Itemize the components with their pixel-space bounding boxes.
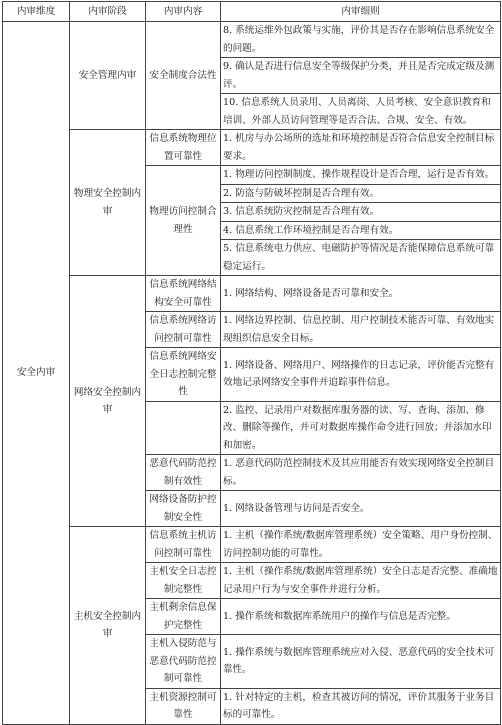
dimension-cell: 安全内审 xyxy=(3,22,70,666)
header-stage: 内审阶段 xyxy=(70,2,146,22)
rule-cell: 4. 信息系统工作环境控制是否合理有效。 xyxy=(221,221,501,240)
content-cell-empty xyxy=(146,401,221,455)
header-dimension: 内审维度 xyxy=(3,2,70,22)
rule-cell: 1. 操作系统与数据库管理系统应对入侵、恶意代码的安全技术可靠性。 xyxy=(221,635,501,666)
table-row: 物理安全控制内审 信息系统物理位置可靠性 1. 机房与办公场所的选址和环境控制是… xyxy=(3,130,501,166)
rule-cell: 1. 主机（操作系统/数据库管理系统）安全策略、用户身份控制、访问控制功能的可靠… xyxy=(221,527,501,563)
content-cell: 信息系统网络安全日志控制完整性 xyxy=(146,348,221,402)
stage-cell: 主机安全控制内审 xyxy=(70,527,146,666)
rule-cell: 1. 操作系统和数据库系统用户的操作与信息是否完整。 xyxy=(221,599,501,635)
audit-table: 内审维度 内审阶段 内审内容 内审细则 安全内审 安全管理内审 安全制度合法性 … xyxy=(2,1,501,665)
stage-cell: 物理安全控制内审 xyxy=(70,130,146,276)
rule-cell: 5. 信息系统电力供应、电磁防护等情况是否能保障信息系统可靠稳定运行。 xyxy=(221,240,501,276)
content-cell: 主机剩余信息保护完整性 xyxy=(146,599,221,635)
content-cell: 物理访问控制合理性 xyxy=(146,166,221,276)
content-cell: 信息系统物理位置可靠性 xyxy=(146,130,221,166)
content-cell: 信息系统主机访问控制可靠性 xyxy=(146,527,221,563)
table-row: 主机安全控制内审 信息系统主机访问控制可靠性 1. 主机（操作系统/数据库管理系… xyxy=(3,527,501,563)
rule-cell: 1. 物理访问控制制度、操作规程设计是否合理，运行是否有效。 xyxy=(221,166,501,185)
content-cell: 信息系统网络访问控制可靠性 xyxy=(146,312,221,348)
rule-cell: 8. 系统运维外包政策与实施，评价其是否存在影响信息系统安全的问题。 xyxy=(221,22,501,58)
rule-cell: 1. 主机（操作系统/数据库管理系统）安全日志是否完整、准确地记录用户行为与安全… xyxy=(221,563,501,599)
rule-cell: 1. 网络结构、网络设备是否可靠和安全。 xyxy=(221,276,501,312)
content-cell: 主机入侵防范与恶意代码防范控制可靠性 xyxy=(146,635,221,666)
table-row: 安全内审 安全管理内审 安全制度合法性 8. 系统运维外包政策与实施，评价其是否… xyxy=(3,22,501,58)
rule-cell: 3. 信息系统防灾控制是否合理有效。 xyxy=(221,203,501,222)
rule-cell: 2. 防盗与防破坏控制是否合理有效。 xyxy=(221,184,501,203)
header-rules: 内审细则 xyxy=(221,2,501,22)
header-row: 内审维度 内审阶段 内审内容 内审细则 xyxy=(3,2,501,22)
rule-cell: 1. 网络设备、网络用户、网络操作的日志记录，评价能否完整有效地记录网络安全事件… xyxy=(221,348,501,402)
content-cell: 恶意代码防范控制有效性 xyxy=(146,455,221,491)
rule-cell: 1. 机房与办公场所的选址和环境控制是否符合信息安全控制目标要求。 xyxy=(221,130,501,166)
table-row: 网络安全控制内审 信息系统网络结构安全可靠性 1. 网络结构、网络设备是否可靠和… xyxy=(3,276,501,312)
content-cell: 网络设备防护控制安全性 xyxy=(146,491,221,527)
rule-cell: 1. 网络边界控制、信息控制、用户控制技术能否可靠、有效地实现组织信息安全目标。 xyxy=(221,312,501,348)
content-cell: 安全制度合法性 xyxy=(146,22,221,130)
content-cell: 主机安全日志控制完整性 xyxy=(146,563,221,599)
stage-cell: 网络安全控制内审 xyxy=(70,276,146,527)
rule-cell: 9. 确认是否进行信息安全等级保护分类，并且是否完成定级及测评。 xyxy=(221,58,501,94)
rule-cell: 1. 网络设备管理与访问是否安全。 xyxy=(221,491,501,527)
rule-cell: 1. 恶意代码防范控制技术及其应用能否有效实现网络安全控制目标。 xyxy=(221,455,501,491)
content-cell: 信息系统网络结构安全可靠性 xyxy=(146,276,221,312)
stage-cell: 安全管理内审 xyxy=(70,22,146,130)
header-content: 内审内容 xyxy=(146,2,221,22)
rule-cell: 2. 监控、记录用户对数据库服务器的读、写、查询、添加、修改、删除等操作，并可对… xyxy=(221,401,501,455)
rule-cell: 10. 信息系统人员录用、人员离岗、人员考核、安全意识教育和培训、外部人员访问管… xyxy=(221,94,501,130)
